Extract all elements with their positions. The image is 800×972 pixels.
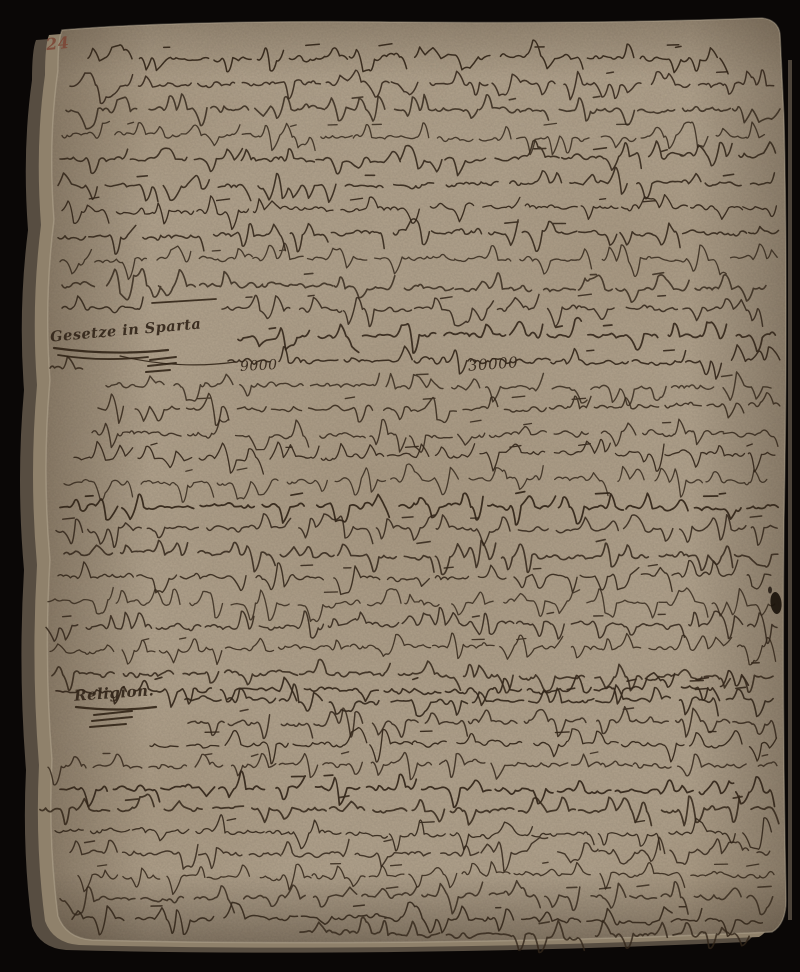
- manuscript-photo: 24 Gesetze in Sparta Religion. 9000 3000…: [0, 0, 800, 972]
- numeral-30000: 30000: [467, 353, 518, 374]
- right-page-edge-sliver: [788, 60, 792, 920]
- page-number: 24: [45, 33, 70, 54]
- paper-texture: [0, 0, 800, 972]
- numeral-9000: 9000: [240, 357, 278, 375]
- page-svg: [0, 0, 800, 972]
